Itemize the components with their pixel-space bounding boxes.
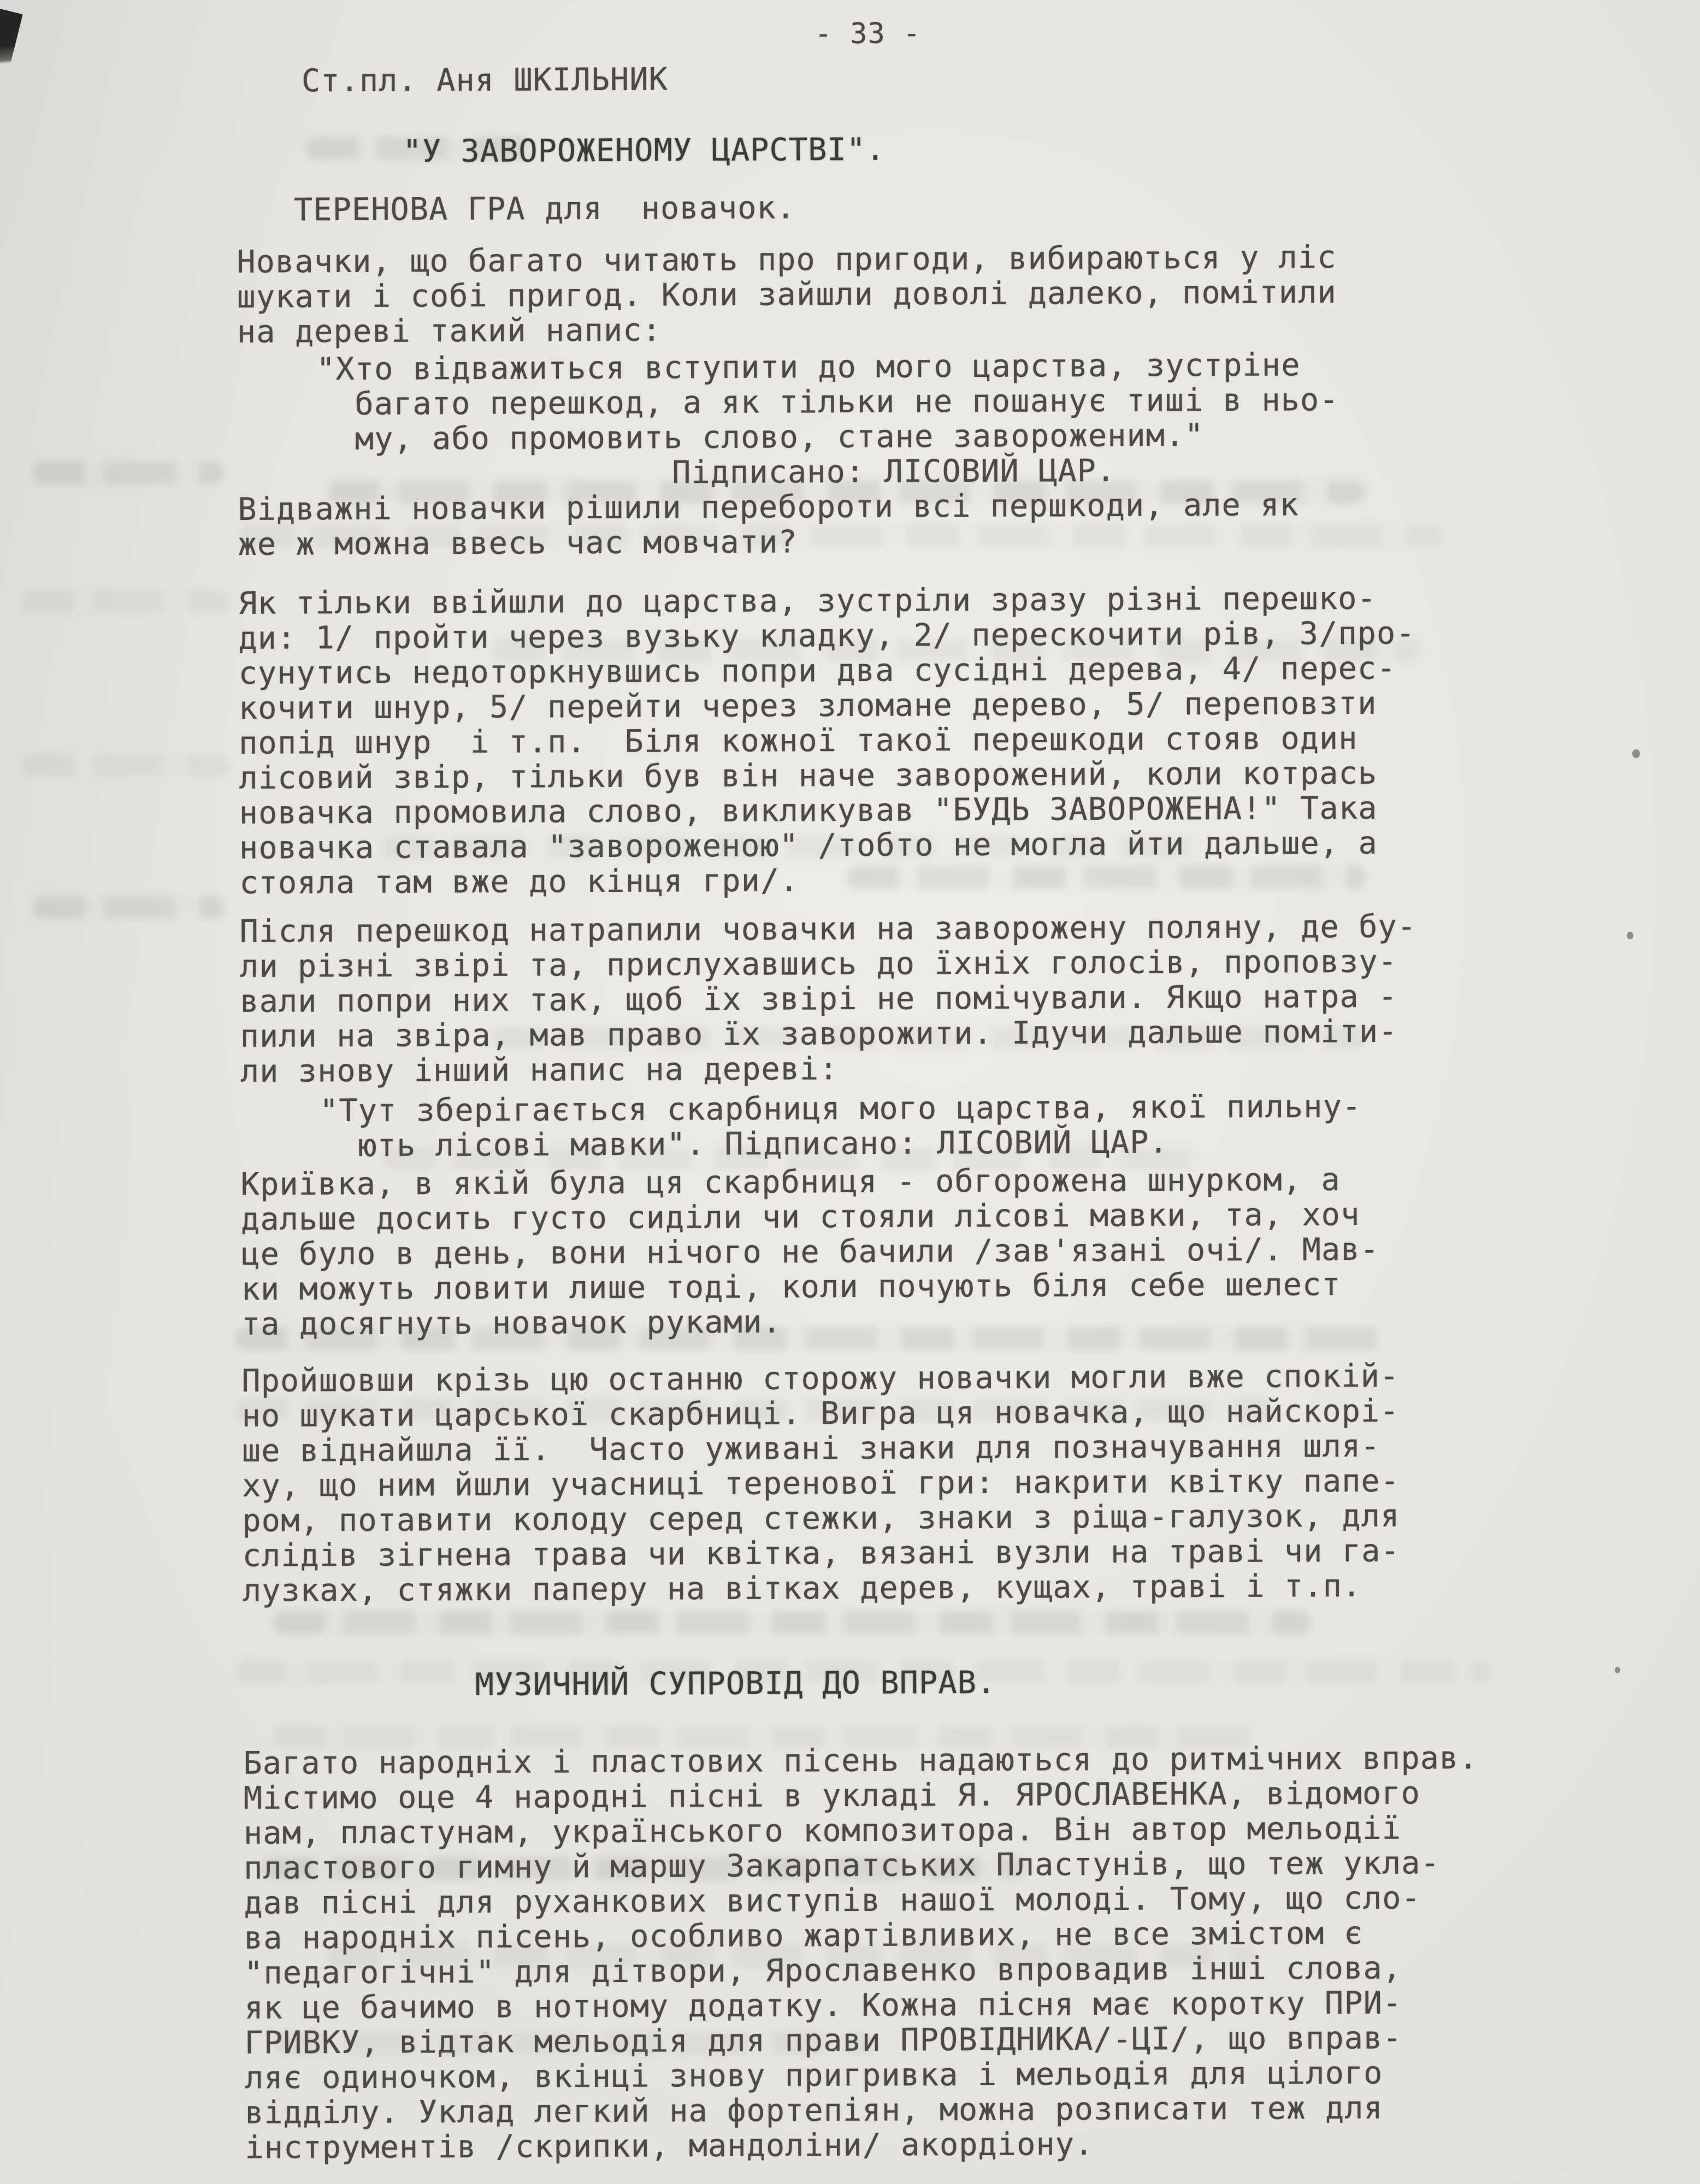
text-line: стояла там вже до кінця гри/.: [239, 860, 1416, 900]
text-line: Відважні новачки рішили перебороти всі п…: [238, 487, 1299, 526]
text-line: "Тут зберігається скарбниця мого царства…: [320, 1089, 1361, 1128]
text-line: му, або промовить слово, стане заворожен…: [355, 417, 1339, 457]
text-line: ки можуть ловити лише тоді, коли почують…: [241, 1267, 1379, 1307]
text-line: кочити шнур, 5/ перейти через зломане де…: [239, 685, 1416, 725]
section-heading: МУЗИЧНИЙ СУПРОВІД ДО ВПРАВ.: [475, 1665, 996, 1702]
text-line: Містимо оце 4 народні пісні в укладі Я. …: [243, 1775, 1478, 1816]
text-line: Новачки, що багато читають про пригоди, …: [237, 240, 1336, 280]
text-line: нам, пластунам, українського композитора…: [244, 1810, 1479, 1851]
author-line: Ст.пл. Аня ШКІЛЬНИК: [302, 62, 668, 98]
text-line: Як тільки ввійшли до царства, зустріли з…: [238, 581, 1415, 620]
text-line: слідів зігнена трава чи квітка, вязані в…: [243, 1534, 1400, 1573]
paragraph-7: Багато народніх і пластових пісень надаю…: [243, 1741, 1480, 2165]
text-line: ху, що ним йшли учасниці теренової гри: …: [242, 1464, 1400, 1504]
paragraph-5: Криївка, в якій була ця скарбниця - обго…: [241, 1162, 1380, 1342]
paragraph-3: Як тільки ввійшли до царства, зустріли з…: [238, 581, 1416, 900]
text-line: дальше досить густо сиділи чи стояли ліс…: [241, 1197, 1379, 1237]
text-line: Після перешкод натрапили човачки на заво…: [240, 909, 1417, 949]
text-line: багато перешкод, а як тільки не пошанує …: [355, 382, 1338, 422]
text-line: та досягнуть новачок руками.: [241, 1302, 1380, 1342]
text-line: Багато народніх і пластових пісень надаю…: [243, 1741, 1478, 1781]
text-line: ли різні звірі та, прислухавшись до їхні…: [240, 944, 1417, 984]
text-line: новачка ставала "завороженою" /тобто не …: [239, 825, 1416, 865]
text-line: дав пісні для руханкових виступів нашої …: [244, 1880, 1479, 1921]
text-line: на дереві такий напис:: [237, 310, 1337, 350]
text-line: ром, потавити колоду серед стежки, знаки…: [242, 1499, 1400, 1538]
text-line: шукати і собі пригод. Коли зайшли доволі…: [237, 275, 1336, 315]
text-line: ють лісові мавки". Підписано: ЛІСОВИЙ ЦА…: [358, 1124, 1361, 1163]
text-line: Криївка, в якій була ця скарбниця - обго…: [241, 1162, 1379, 1202]
document-page: - 33 - Ст.пл. Аня ШКІЛЬНИК "У ЗАВОРОЖЕНО…: [0, 0, 1700, 2184]
text-line: як це бачимо в нотному додатку. Кожна пі…: [244, 1985, 1479, 2026]
text-line: відділу. Уклад легкий на фортепіян, можн…: [245, 2090, 1480, 2130]
paragraph-1: Новачки, що багато читають про пригоди, …: [237, 240, 1337, 350]
text-line: лузках, стяжки паперу на вітках дерев, к…: [243, 1569, 1400, 1608]
paragraph-2: Відважні новачки рішили перебороти всі п…: [238, 487, 1299, 561]
text-line: ГРИВКУ, відтак мельодія для прави ПРОВІД…: [244, 2020, 1479, 2061]
text-line: це було в день, вони нічого не бачили /з…: [241, 1232, 1379, 1272]
text-line: но шукати царської скарбниці. Вигра ця н…: [241, 1394, 1399, 1434]
text-line: же ж можна ввесь час мовчати?: [238, 522, 1299, 561]
text-line: "Хто відважиться вступити до мого царств…: [316, 347, 1338, 387]
text-line: ше віднайшла її. Часто уживані знаки для…: [242, 1429, 1400, 1469]
text-line: сунутись недоторкнувшись попри два сусід…: [239, 650, 1416, 690]
text-line: пили на звіра, мав право їх заворожити. …: [240, 1014, 1417, 1053]
document-subtitle: ТЕРЕНОВА ГРА для новачок.: [294, 190, 796, 227]
text-line: новачка промовила слово, викликував "БУД…: [239, 790, 1416, 830]
text-line: попід шнур і т.п. Біля кожної такої пере…: [239, 720, 1416, 760]
text-line: лісовий звір, тільки був він наче заворо…: [239, 755, 1416, 795]
text-line: ва народніх пісень, особливо жартівливих…: [244, 1915, 1479, 1956]
quote-forest-king-1: "Хто відважиться вступити до мого царств…: [316, 347, 1339, 457]
paragraph-4: Після перешкод натрапили човачки на заво…: [240, 909, 1418, 1088]
page-number: - 33 -: [814, 16, 920, 51]
text-line: ляє одиночком, вкінці знову пригривка і …: [245, 2055, 1480, 2096]
text-line: інструментів /скрипки, мандоліни/ акорді…: [245, 2125, 1480, 2165]
text-line: Пройшовши крізь цю останню сторожу новач…: [241, 1359, 1399, 1399]
document-title: "У ЗАВОРОЖЕНОМУ ЦАРСТВІ".: [403, 132, 885, 169]
quote-forest-king-2: "Тут зберігається скарбниця мого царства…: [320, 1089, 1362, 1163]
text-line: ли знову інший напис на дереві:: [240, 1049, 1418, 1088]
text-line: "педагогічні" для дітвори, Ярославенко в…: [244, 1950, 1479, 1991]
text-line: ди: 1/ пройти через вузьку кладку, 2/ пе…: [238, 615, 1415, 655]
paragraph-6: Пройшовши крізь цю останню сторожу новач…: [241, 1359, 1400, 1608]
text-line: пластового гимну й маршу Закарпатських П…: [244, 1845, 1479, 1886]
text-line: вали попри них так, щоб їх звірі не помі…: [240, 979, 1417, 1019]
signature-line-1: Підписано: ЛІСОВИЙ ЦАР.: [672, 453, 1116, 490]
